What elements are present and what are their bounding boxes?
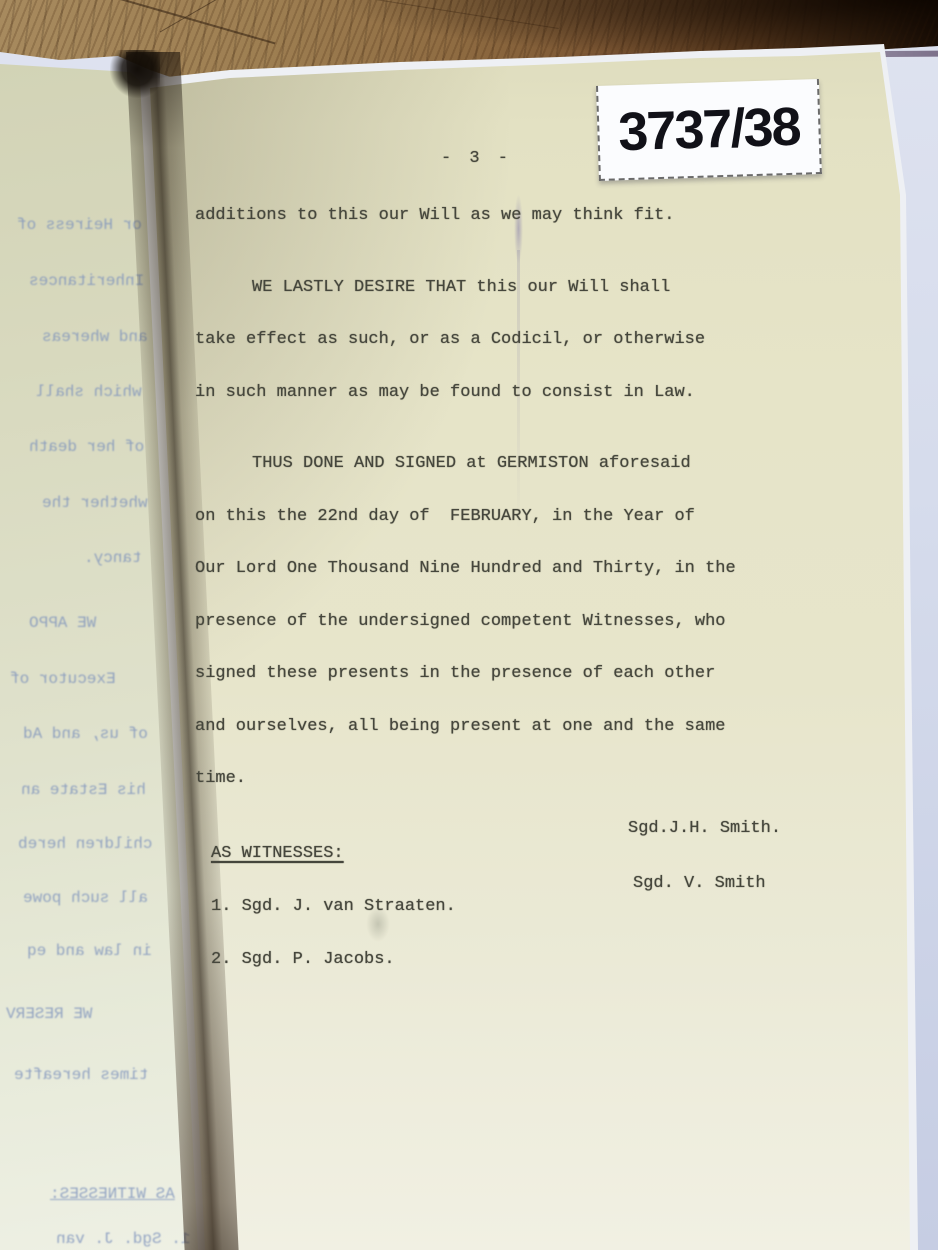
archive-reference-label: 3737/38: [596, 79, 822, 181]
will-text-line: additions to this our Will as we may thi…: [195, 190, 785, 243]
signature-jh-smith: Sgd.J.H. Smith.: [628, 818, 781, 840]
page-number: - 3 -: [441, 148, 512, 170]
will-text-line: time.: [195, 753, 785, 806]
will-text-line: Our Lord One Thousand Nine Hundred and T…: [195, 543, 785, 596]
will-text-line: take effect as such, or as a Codicil, or…: [195, 314, 785, 367]
will-text-line: on this the 22nd day of FEBRUARY, in the…: [195, 491, 785, 544]
will-text-line: THUS DONE AND SIGNED at GERMISTON afores…: [195, 438, 785, 491]
paragraph: THUS DONE AND SIGNED at GERMISTON afores…: [195, 438, 785, 806]
witnesses-heading: AS WITNESSES:: [211, 843, 344, 865]
witness-line-1: 1. Sgd. J. van Straaten.: [211, 896, 456, 918]
will-text-line: and ourselves, all being present at one …: [195, 701, 785, 754]
archive-reference-number: 3737/38: [617, 95, 800, 163]
page-gutter-notch: [110, 50, 160, 98]
photo-of-document: or Heiress of Inheritances and whereas w…: [0, 0, 938, 1250]
will-text-line: in such manner as may be found to consis…: [195, 367, 785, 420]
paragraph: additions to this our Will as we may thi…: [195, 190, 785, 243]
paragraph: WE LASTLY DESIRE THAT this our Will shal…: [195, 262, 785, 420]
witness-line-2: 2. Sgd. P. Jacobs.: [211, 949, 395, 971]
will-text-line: WE LASTLY DESIRE THAT this our Will shal…: [195, 262, 785, 315]
will-text-line: signed these presents in the presence of…: [195, 648, 785, 701]
signature-v-smith: Sgd. V. Smith: [633, 873, 766, 895]
will-text: additions to this our Will as we may thi…: [195, 190, 785, 825]
will-text-line: presence of the undersigned competent Wi…: [195, 596, 785, 649]
